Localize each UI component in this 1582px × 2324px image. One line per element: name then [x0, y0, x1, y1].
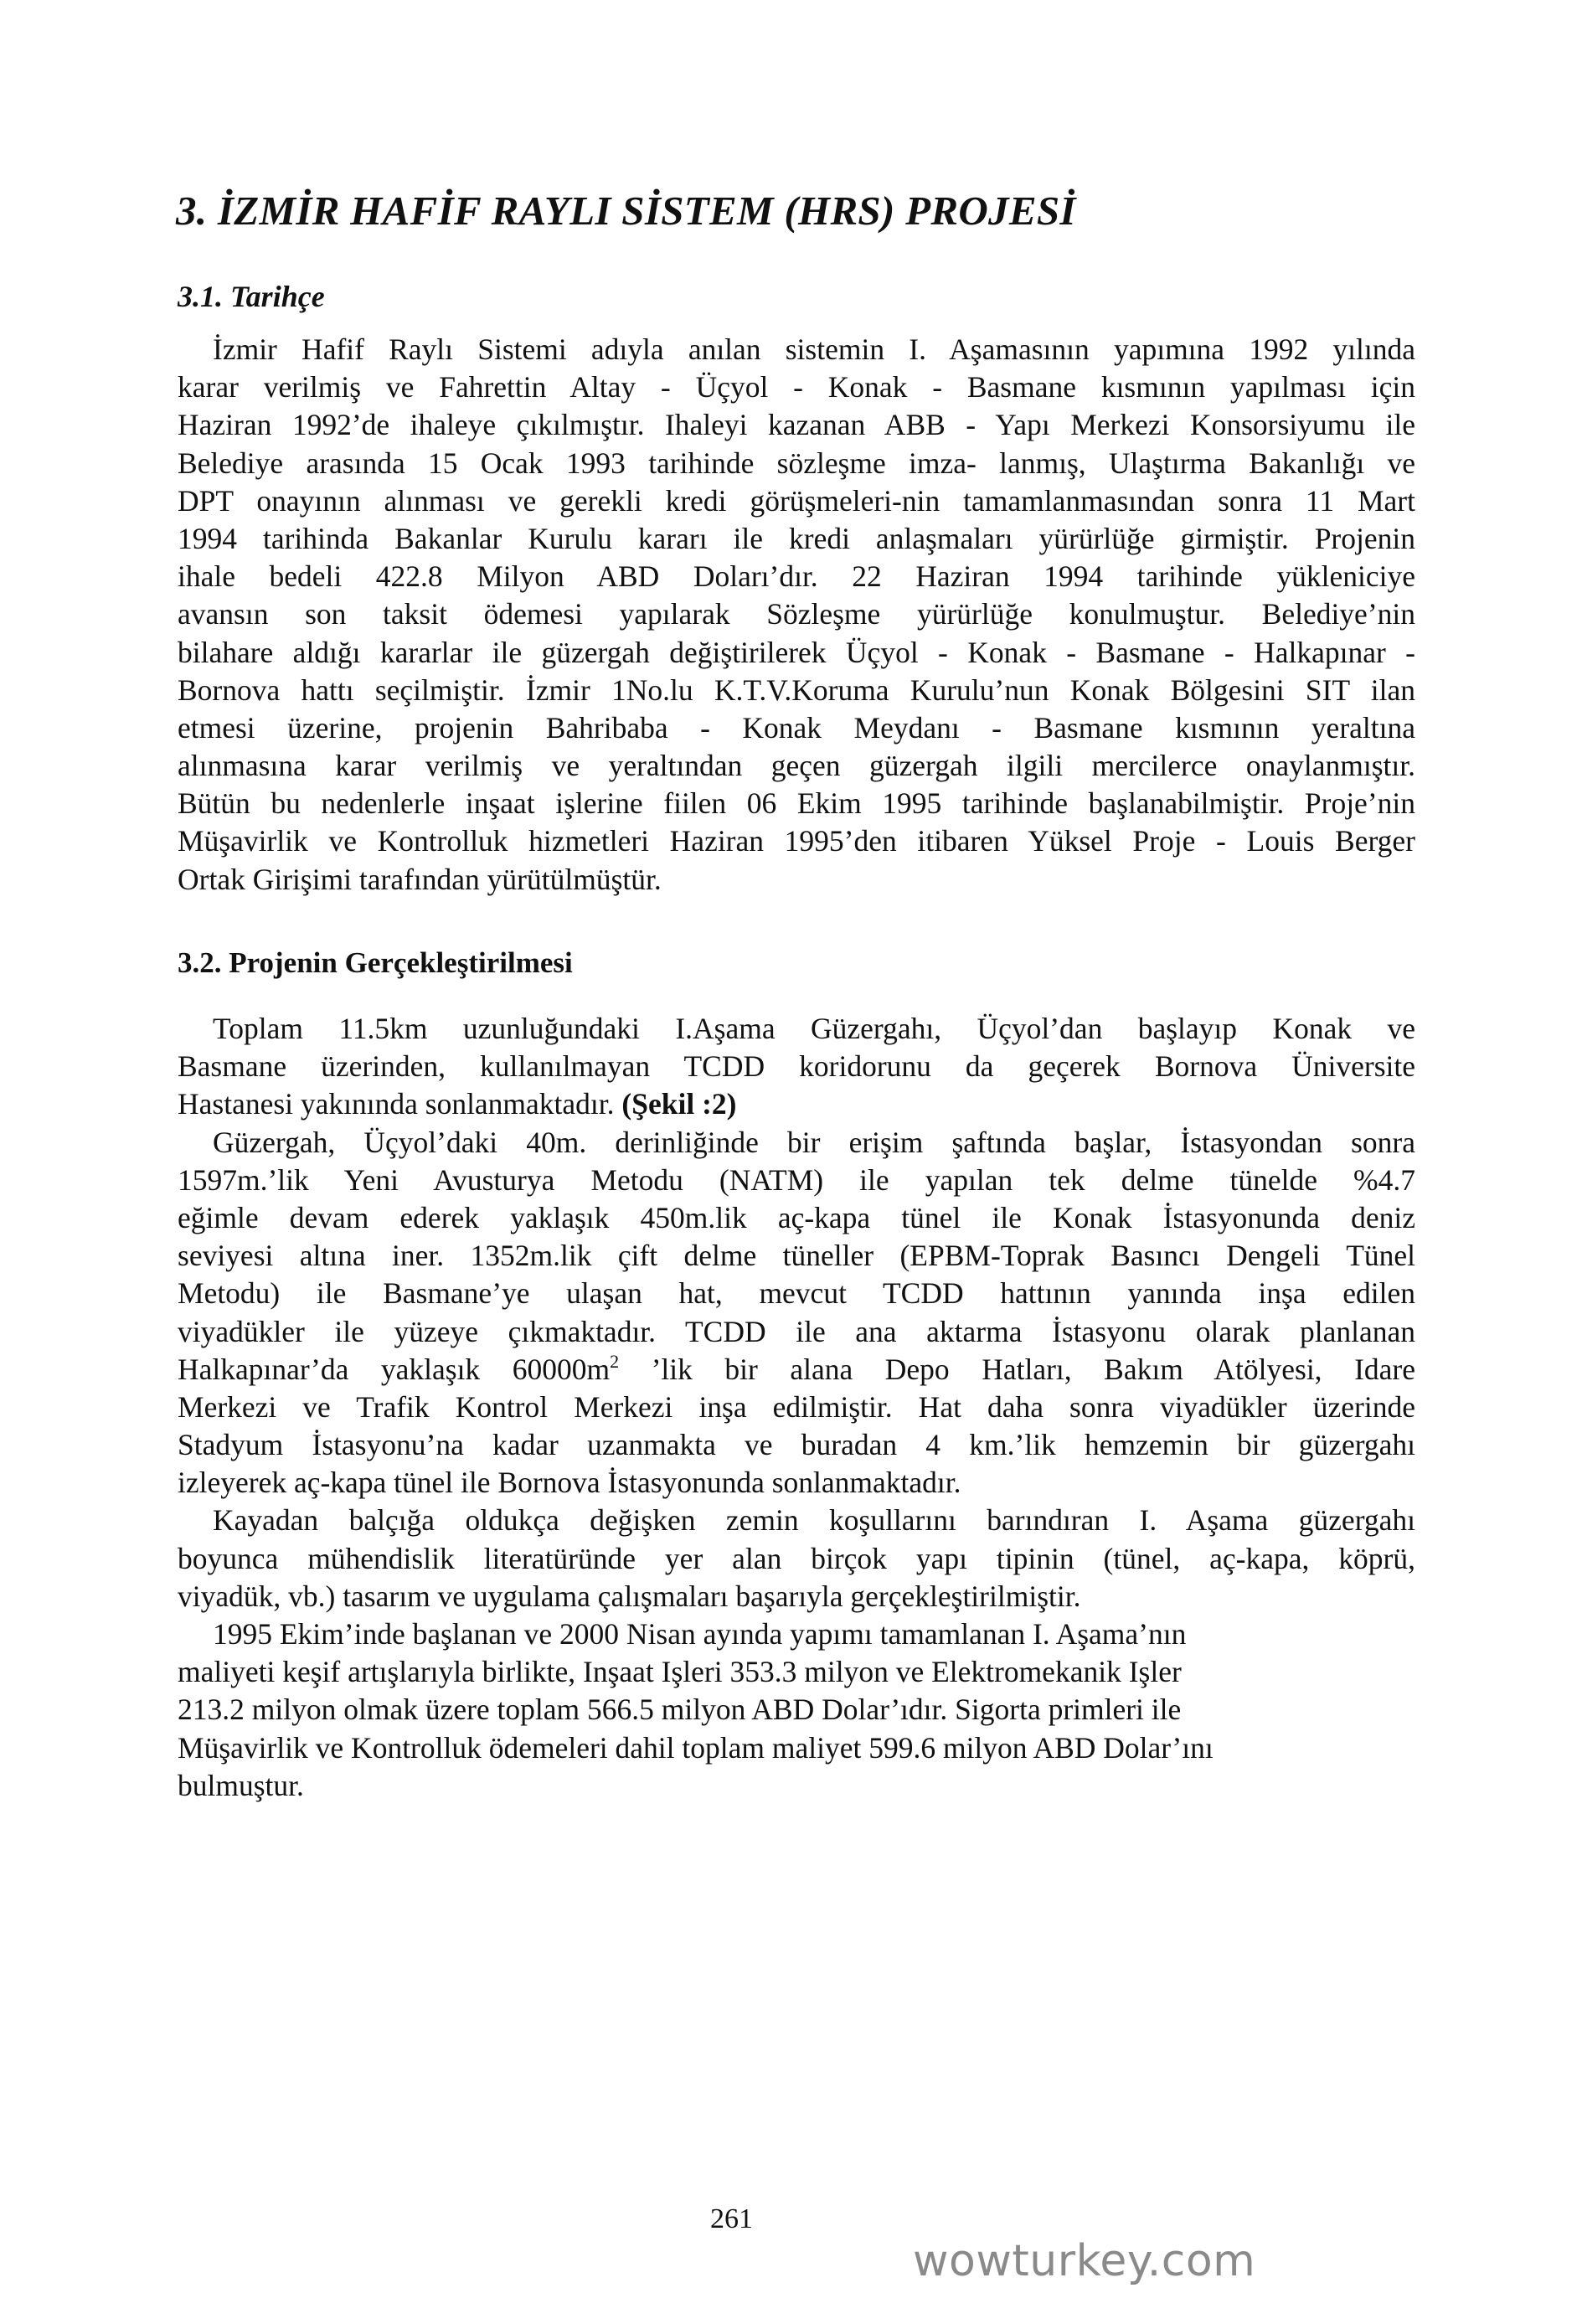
text-line: Toplam 11.5km uzunluğundaki I.Aşama Güze…	[178, 1010, 1415, 1048]
text-line: 213.2 milyon olmak üzere toplam 566.5 mi…	[178, 1691, 1415, 1729]
text-segment: Halkapınar’da yaklaşık 60000m	[178, 1353, 610, 1386]
text-line: bilahare aldığı kararlar ile güzergah de…	[178, 634, 1415, 672]
text-line: etmesi üzerine, projenin Bahribaba - Kon…	[178, 709, 1415, 747]
text-line: DPT onayının alınması ve gerekli kredi g…	[178, 482, 1415, 520]
text-line: karar verilmiş ve Fahrettin Altay - Üçyo…	[178, 368, 1415, 406]
text-line: Hastanesi yakınında sonlanmaktadır. (Şek…	[178, 1085, 1415, 1123]
text-line: Belediye arasında 15 Ocak 1993 tarihinde…	[178, 445, 1415, 482]
document-page: 3. İZMİR HAFİF RAYLI SİSTEM (HRS) PROJES…	[0, 0, 1582, 2324]
figure-reference: (Şekil :2)	[621, 1087, 736, 1121]
text-line: alınmasına karar verilmiş ve yeraltından…	[178, 747, 1415, 785]
text-line: Merkezi ve Trafik Kontrol Merkezi inşa e…	[178, 1389, 1415, 1426]
text-segment: Hastanesi yakınında sonlanmaktadır.	[178, 1087, 615, 1121]
text-line: 1994 tarihinda Bakanlar Kurulu kararı il…	[178, 520, 1415, 558]
text-line: 1597m.’lik Yeni Avusturya Metodu (NATM) …	[178, 1162, 1415, 1199]
text-line: Basmane üzerinden, kullanılmayan TCDD ko…	[178, 1048, 1415, 1085]
text-line: Bütün bu nedenlerle inşaat işlerine fiil…	[178, 785, 1415, 822]
section-heading-gerceklestirilmesi: 3.2. Projenin Gerçekleştirilmesi	[178, 945, 573, 982]
text-line: maliyeti keşif artışlarıyla birlikte, In…	[178, 1653, 1415, 1691]
text-line: Bornova hattı seçilmiştir. İzmir 1No.lu …	[178, 672, 1415, 709]
text-line: Müşavirlik ve Kontrolluk ödemeleri dahil…	[178, 1729, 1415, 1767]
text-line: viyadükler ile yüzeye çıkmaktadır. TCDD …	[178, 1313, 1415, 1351]
watermark: wowturkey.com	[913, 2234, 1255, 2288]
text-line: Halkapınar’da yaklaşık 60000m2 ’lik bir …	[178, 1351, 1415, 1389]
text-line: bulmuştur.	[178, 1767, 1415, 1805]
text-line: seviyesi altına iner. 1352m.lik çift del…	[178, 1237, 1415, 1275]
text-line: Ortak Girişimi tarafından yürütülmüştür.	[178, 861, 1415, 899]
text-line: boyunca mühendislik literatüründe yer al…	[178, 1540, 1415, 1578]
page-number: 261	[710, 2203, 753, 2236]
paragraph-gerceklestirilmesi: Toplam 11.5km uzunluğundaki I.Aşama Güze…	[178, 1010, 1415, 1805]
section-heading-tarihce: 3.1. Tarihçe	[178, 278, 325, 315]
superscript: 2	[610, 1351, 619, 1372]
text-line: Müşavirlik ve Kontrolluk hizmetleri Hazi…	[178, 822, 1415, 860]
text-line: avansın son taksit ödemesi yapılarak Söz…	[178, 595, 1415, 633]
text-line: izleyerek aç-kapa tünel ile Bornova İsta…	[178, 1464, 1415, 1502]
text-line: Güzergah, Üçyol’daki 40m. derinliğinde b…	[178, 1124, 1415, 1162]
text-line: 1995 Ekim’inde başlanan ve 2000 Nisan ay…	[178, 1615, 1415, 1653]
text-line: Stadyum İstasyonu’na kadar uzanmakta ve …	[178, 1426, 1415, 1464]
text-line: İzmir Hafif Raylı Sistemi adıyla anılan …	[178, 331, 1415, 368]
text-line: ihale bedeli 422.8 Milyon ABD Doları’dır…	[178, 558, 1415, 595]
text-line: Haziran 1992’de ihaleye çıkılmıştır. Iha…	[178, 406, 1415, 444]
text-line: eğimle devam ederek yaklaşık 450m.lik aç…	[178, 1199, 1415, 1237]
paragraph-tarihce: İzmir Hafif Raylı Sistemi adıyla anılan …	[178, 331, 1415, 899]
text-line: Kayadan balçığa oldukça değişken zemin k…	[178, 1502, 1415, 1539]
document-title: 3. İZMİR HAFİF RAYLI SİSTEM (HRS) PROJES…	[176, 186, 1076, 236]
text-line: Metodu) ile Basmane’ye ulaşan hat, mevcu…	[178, 1275, 1415, 1312]
text-segment: ’lik bir alana Depo Hatları, Bakım Atöly…	[619, 1353, 1415, 1386]
text-line: viyadük, vb.) tasarım ve uygulama çalışm…	[178, 1578, 1415, 1615]
